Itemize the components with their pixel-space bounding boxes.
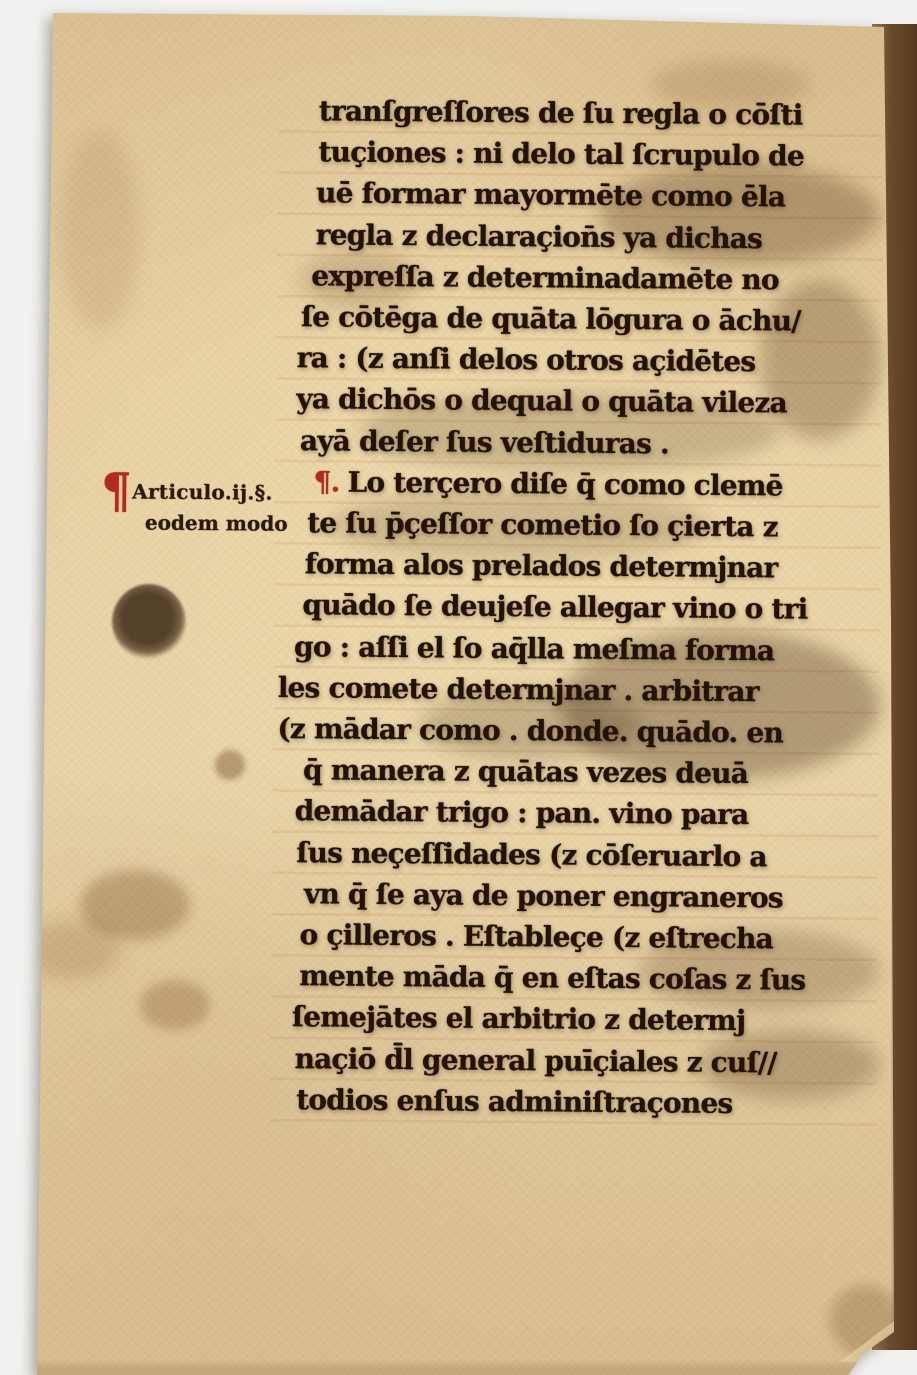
text-line-content: todios enſus adminiſtraçones (296, 1083, 732, 1120)
text-line-content: ayā deſer ſus veſtiduras . (300, 424, 669, 460)
text-line: mente māda q̄ en eſtas coſas z ſus (299, 955, 887, 1001)
text-line: ra : (z anſi delos otros açidētes (296, 337, 892, 383)
text-line: o çilleros . Eſtableçe (z eſtrecha (299, 914, 887, 960)
text-line-content: Lo terçero diſe q̄ como clemē (347, 465, 782, 502)
page-shadow-wrap: ¶ Articulo.ij.§. eodem modo tranſgreſſor… (0, 0, 917, 1375)
text-line: te ſu p̄çeſſor cometio ſo çierta z (307, 502, 891, 548)
text-line-content: tuçiones : ni delo tal ſcrupulo de (318, 136, 804, 173)
text-line-content: demādar trigo : pan. vino para (295, 795, 749, 832)
text-line-content: mente māda q̄ en eſtas coſas z ſus (299, 959, 805, 996)
margin-note-line1: Articulo.ij.§. (132, 479, 273, 504)
stain (20, 920, 120, 980)
pilcrow-rubric-icon: ¶ (101, 467, 132, 515)
text-line: go : aſſi el ſo aq̄lla meſma forma (294, 626, 890, 672)
text-line-content: naçiō d̄l general puīçiales z cuſ// (294, 1042, 776, 1079)
text-line: tranſgreſſores de ſu regla o cōſti (319, 90, 895, 136)
text-line: vn q̄ ſe aya de poner engraneros (304, 873, 888, 919)
text-line: uē formar mayormēte como ēla (316, 173, 894, 219)
text-line: tuçiones : ni delo tal ſcrupulo de (318, 132, 894, 178)
text-line-content: quādo ſe deujeſe allegar vino o tri (302, 589, 807, 626)
text-line-content: (z mādar como . donde. quādo. en (277, 712, 783, 749)
text-line: quādo ſe deujeſe allegar vino o tri (302, 585, 890, 631)
stain (60, 130, 140, 330)
text-line-content: ſemejātes el arbitrio z determj (292, 1001, 746, 1038)
text-line: q̄ manera z quātas vezes deuā (303, 749, 889, 795)
text-line-content: ya dichōs o dequal o quāta vileza (296, 383, 787, 420)
margin-note-line2: eodem modo (145, 511, 288, 536)
text-line-content: les comete determjnar . arbitrar (278, 671, 759, 708)
stain (80, 870, 190, 940)
rubric-paragraph-mark: ¶. (313, 465, 347, 498)
text-line: ſe cōtēga de quāta lōgura o āchu/ (301, 296, 893, 342)
margin-note: ¶ Articulo.ij.§. eodem modo (101, 467, 292, 559)
text-line-content: ſus neçeſſidades (z cōſeruarlo a (296, 836, 767, 873)
text-line: expreſſa z determinadamēte no (311, 255, 893, 301)
text-line: les comete determjnar . arbitrar (278, 667, 890, 714)
text-line-content: q̄ manera z quātas vezes deuā (303, 753, 748, 790)
text-line: ¶.Lo terçero diſe q̄ como clemē (313, 461, 891, 507)
text-line-content: regla z declaraçion̄s ya dichas (316, 218, 763, 255)
stain (140, 980, 210, 1030)
text-line-content: tranſgreſſores de ſu regla o cōſti (319, 94, 803, 131)
text-line: ayā deſer ſus veſtiduras . (300, 420, 892, 466)
text-line: todios enſus adminiſtraçones (296, 1079, 886, 1125)
wax-spot-stain (112, 584, 186, 660)
text-line-content: ra : (z anſi delos otros açidētes (297, 341, 756, 378)
text-line: forma alos prelados determjnar (305, 543, 891, 589)
text-line-content: te ſu p̄çeſſor cometio ſo çierta z (307, 506, 778, 543)
manuscript-photo: ¶ Articulo.ij.§. eodem modo tranſgreſſor… (0, 0, 917, 1375)
text-line: naçiō d̄l general puīçiales z cuſ// (294, 1038, 886, 1084)
stain (830, 1285, 900, 1355)
manuscript-page: ¶ Articulo.ij.§. eodem modo tranſgreſſor… (0, 0, 917, 1375)
text-line-content: uē formar mayormēte como ēla (316, 177, 785, 214)
main-text-block: tranſgreſſores de ſu regla o cōſtituçion… (274, 90, 895, 1125)
text-line-content: forma alos prelados determjnar (305, 547, 778, 584)
text-line: regla z declaraçion̄s ya dichas (316, 214, 894, 260)
text-line: ya dichōs o dequal o quāta vileza (296, 379, 892, 425)
page-corner-curl (840, 1318, 898, 1362)
text-line-content: go : aſſi el ſo aq̄lla meſma forma (294, 630, 774, 667)
text-line: demādar trigo : pan. vino para (295, 791, 889, 837)
text-line-content: expreſſa z determinadamēte no (311, 259, 779, 296)
text-line-content: vn q̄ ſe aya de poner engraneros (304, 877, 783, 914)
text-line: (z mādar como . donde. quādo. en (277, 708, 889, 755)
stain (215, 750, 245, 780)
text-line-content: ſe cōtēga de quāta lōgura o āchu/ (301, 300, 801, 337)
text-line-content: o çilleros . Eſtableçe (z eſtrecha (299, 918, 773, 955)
text-line: ſus neçeſſidades (z cōſeruarlo a (296, 832, 888, 878)
text-line: ſemejātes el arbitrio z determj (292, 997, 887, 1043)
